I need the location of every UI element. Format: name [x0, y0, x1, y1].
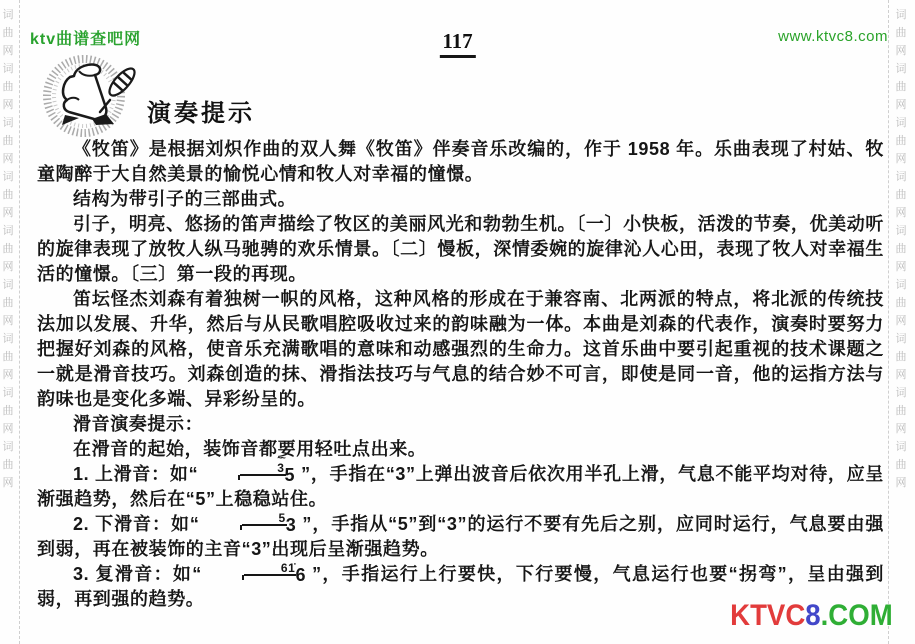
paragraph-sections: 引子，明亮、悠扬的笛声描绘了牧区的美丽风光和勃勃生机。〔一〕小快板，活泼的节奏，… — [37, 212, 884, 287]
right-dashed-border — [888, 0, 889, 644]
mordent-mark: ~~ — [241, 454, 284, 462]
main-note: 5 — [285, 465, 296, 485]
paragraph-structure: 结构为带引子的三部曲式。 — [37, 187, 884, 212]
paragraph-slide-tips-heading: 滑音演奏提示： — [37, 412, 884, 437]
left-dashed-border — [19, 0, 20, 644]
scroll-quill-icon — [38, 52, 150, 138]
paragraph-style: 笛坛怪杰刘森有着独树一帜的风格，这种风格的形成在于兼容南、北两派的特点，将北派的… — [37, 287, 884, 412]
grace-note: 61̇ — [281, 561, 296, 575]
section-title: 演奏提示 — [147, 93, 255, 128]
grace-note: 3 — [277, 461, 284, 475]
grace-note: 5 — [279, 511, 286, 525]
logo-text-8: 8 — [806, 599, 821, 632]
slide-item-text: 3. 复滑音：如“ — [73, 564, 202, 584]
site-url-watermark: www.ktvc8.com — [778, 28, 888, 45]
slide-item-text: 1. 上滑音：如“ — [73, 464, 198, 484]
watermark-column-left: 词曲网 词曲网 词曲网 词曲网 词曲网 词曲网 词曲网 词曲网 词曲网 — [1, 6, 15, 492]
jianpu-notation: 53 — [206, 512, 297, 537]
site-name-watermark: ktv曲谱查吧网 — [30, 26, 141, 49]
watermark-column-right: 词曲网 词曲网 词曲网 词曲网 词曲网 词曲网 词曲网 词曲网 词曲网 — [894, 6, 908, 492]
logo-text-ktvc: KTVC — [730, 599, 805, 632]
slide-item-text: 2. 下滑音：如“ — [73, 514, 200, 534]
jianpu-notation: ~~35 — [204, 462, 295, 487]
document-page: 词曲网 词曲网 词曲网 词曲网 词曲网 词曲网 词曲网 词曲网 词曲网 词曲网 … — [0, 0, 915, 644]
paragraph-intro: 《牧笛》是根据刘炽作曲的双人舞《牧笛》伴奏音乐改编的，作于 1958 年。乐曲表… — [37, 137, 884, 187]
body-text: 《牧笛》是根据刘炽作曲的双人舞《牧笛》伴奏音乐改编的，作于 1958 年。乐曲表… — [37, 137, 884, 612]
main-note: 6 — [295, 565, 306, 585]
main-note: 3 — [286, 515, 297, 535]
page-number: 117 — [439, 29, 475, 58]
paragraph-slide-start: 在滑音的起始，装饰音都要用轻吐点出来。 — [37, 437, 884, 462]
jianpu-notation: 61̇6 — [208, 562, 306, 587]
slide-item-up: 1. 上滑音：如“~~35”，手指在“3”上弹出波音后依次用半孔上滑，气息不能平… — [37, 462, 884, 512]
logo-text-com: .COM — [821, 599, 893, 632]
slide-item-down: 2. 下滑音：如“53”，手指从“5”到“3”的运行不要有先后之别，应同时运行，… — [37, 512, 884, 562]
ktvc8-logo: KTVC8.COM — [730, 599, 893, 633]
